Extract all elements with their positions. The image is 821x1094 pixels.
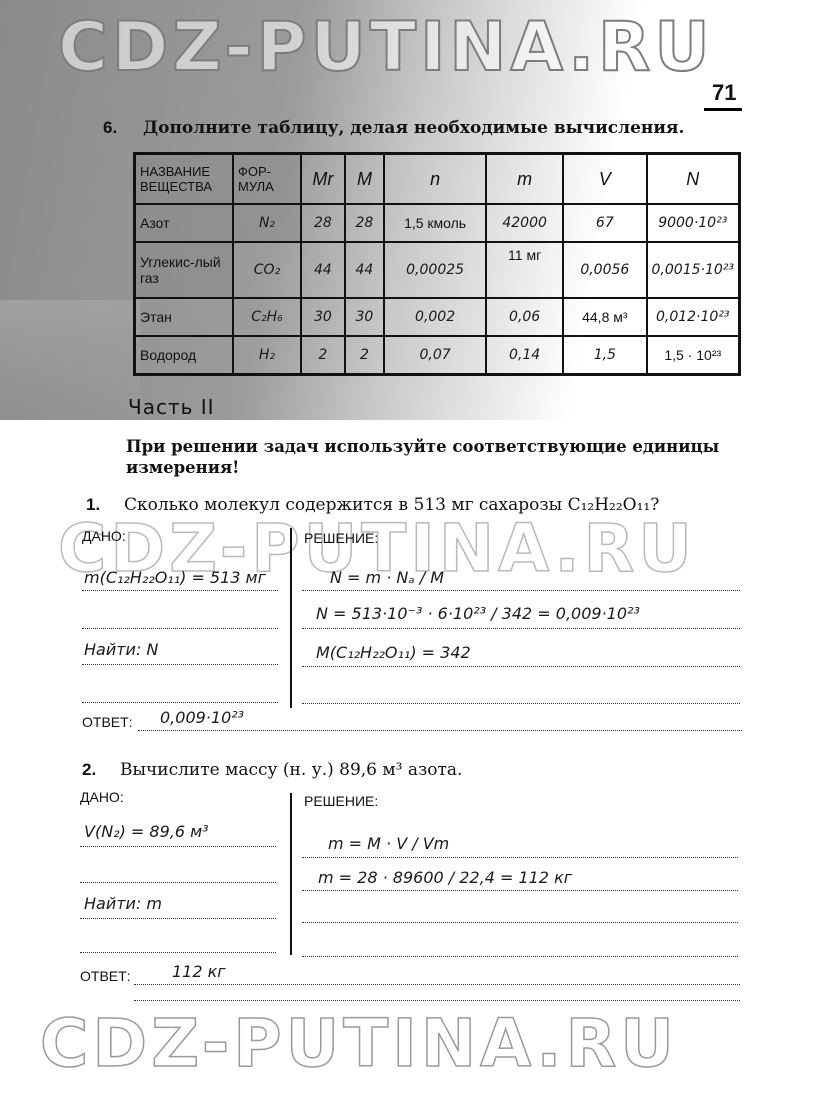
solution-rule bbox=[302, 922, 738, 923]
solution-line[interactable]: M(C₁₂H₂₂O₁₁) = 342 bbox=[316, 643, 471, 662]
solution-line[interactable]: m = 28 · 89600 / 22,4 = 112 кг bbox=[318, 868, 572, 887]
cell-count[interactable]: 9000·10²³ bbox=[647, 204, 740, 242]
find-line[interactable]: Найти: m bbox=[84, 894, 162, 913]
cell-formula[interactable]: C₂H₆ bbox=[233, 298, 301, 336]
cell-mass: 11 мг bbox=[486, 242, 563, 298]
cell-name: Углекис-лый газ bbox=[135, 242, 234, 298]
solution-rule bbox=[302, 890, 738, 891]
watermark-bottom: CDZ-PUTINA.RU bbox=[40, 1005, 678, 1082]
cell-count[interactable]: 0,012·10²³ bbox=[647, 298, 740, 336]
solution-line[interactable]: m = M · V / Vm bbox=[328, 834, 449, 853]
cell-count[interactable]: 0,0015·10²³ bbox=[647, 242, 740, 298]
cell-volume: 44,8 м³ bbox=[563, 298, 646, 336]
solution-rule bbox=[302, 956, 738, 957]
question-text: Вычислите массу (н. у.) 89,6 м³ азота. bbox=[120, 760, 462, 780]
cell-volume[interactable]: 67 bbox=[563, 204, 646, 242]
cell-mr[interactable]: 30 bbox=[301, 298, 345, 336]
header-n: n bbox=[384, 154, 486, 205]
answer-label: ОТВЕТ: bbox=[82, 714, 133, 730]
cell-name: Азот bbox=[135, 204, 234, 242]
cell-name: Этан bbox=[135, 298, 234, 336]
cell-n[interactable]: 0,002 bbox=[384, 298, 486, 336]
cell-n[interactable]: 0,00025 bbox=[384, 242, 486, 298]
solution-label: РЕШЕНИЕ: bbox=[304, 530, 378, 546]
scan-shading bbox=[0, 300, 140, 420]
solution-rule bbox=[302, 590, 740, 591]
cell-m-molar[interactable]: 30 bbox=[345, 298, 384, 336]
cell-mr[interactable]: 28 bbox=[301, 204, 345, 242]
task-title: Дополните таблицу, делая необходимые выч… bbox=[143, 118, 684, 138]
task-number: 6. bbox=[103, 118, 143, 138]
instructions-note: При решении задач используйте соответств… bbox=[126, 436, 746, 478]
cell-volume[interactable]: 1,5 bbox=[563, 336, 646, 375]
cell-mr[interactable]: 44 bbox=[301, 242, 345, 298]
task-2-question: 2.Вычислите массу (н. у.) 89,6 м³ азота. bbox=[82, 760, 462, 780]
question-text: Сколько молекул содержится в 513 мг саха… bbox=[124, 495, 659, 515]
task-number: 2. bbox=[82, 760, 120, 780]
cell-n: 1,5 кмоль bbox=[384, 204, 486, 242]
given-rule bbox=[82, 590, 278, 591]
cell-count: 1,5 · 10²³ bbox=[647, 336, 740, 375]
given-line[interactable]: V(N₂) = 89,6 м³ bbox=[84, 822, 209, 841]
header-name: НАЗВАНИЕ ВЕЩЕСТВА bbox=[135, 154, 234, 205]
solution-line[interactable]: N = 513·10⁻³ · 6·10²³ / 342 = 0,009·10²³ bbox=[316, 604, 640, 623]
answer-value[interactable]: 112 кг bbox=[172, 962, 226, 981]
task-6-heading: 6.Дополните таблицу, делая необходимые в… bbox=[103, 118, 684, 138]
given-label: ДАНО: bbox=[80, 789, 124, 805]
cell-m-molar[interactable]: 44 bbox=[345, 242, 384, 298]
given-rule bbox=[82, 702, 278, 703]
task-1-question: 1.Сколько молекул содержится в 513 мг са… bbox=[86, 495, 659, 515]
answer-rule bbox=[138, 730, 742, 731]
header-count: N bbox=[647, 154, 740, 205]
header-formula: ФОР-МУЛА bbox=[233, 154, 301, 205]
given-rule bbox=[80, 918, 276, 919]
cell-mass[interactable]: 0,14 bbox=[486, 336, 563, 375]
cell-m-molar[interactable]: 28 bbox=[345, 204, 384, 242]
solution-line[interactable]: N = m · Nₐ / M bbox=[330, 568, 444, 587]
table-row: Азот N₂ 28 28 1,5 кмоль 42000 67 9000·10… bbox=[135, 204, 740, 242]
page-number: 71 bbox=[704, 80, 742, 111]
solution-rule bbox=[302, 857, 738, 858]
cell-mass[interactable]: 42000 bbox=[486, 204, 563, 242]
header-m-molar: M bbox=[345, 154, 384, 205]
cell-mass[interactable]: 0,06 bbox=[486, 298, 563, 336]
cell-formula[interactable]: CO₂ bbox=[233, 242, 301, 298]
solution-rule bbox=[302, 666, 740, 667]
cell-formula[interactable]: N₂ bbox=[233, 204, 301, 242]
given-rule bbox=[82, 664, 278, 665]
answer-rule bbox=[134, 984, 740, 985]
part-title: Часть II bbox=[128, 395, 215, 419]
given-rule bbox=[80, 952, 276, 953]
answer-rule bbox=[134, 1000, 740, 1001]
table-row: Углекис-лый газ CO₂ 44 44 0,00025 11 мг … bbox=[135, 242, 740, 298]
divider bbox=[290, 528, 292, 708]
task-number: 1. bbox=[86, 495, 124, 515]
solution-rule bbox=[302, 703, 740, 704]
cell-n[interactable]: 0,07 bbox=[384, 336, 486, 375]
header-volume: V bbox=[563, 154, 646, 205]
solution-label: РЕШЕНИЕ: bbox=[304, 793, 378, 809]
cell-formula[interactable]: H₂ bbox=[233, 336, 301, 375]
answer-value[interactable]: 0,009·10²³ bbox=[160, 708, 244, 727]
substances-table: НАЗВАНИЕ ВЕЩЕСТВА ФОР-МУЛА Mr M n m V N … bbox=[133, 152, 741, 376]
find-line[interactable]: Найти: N bbox=[84, 640, 158, 659]
table-header-row: НАЗВАНИЕ ВЕЩЕСТВА ФОР-МУЛА Mr M n m V N bbox=[135, 154, 740, 205]
given-rule bbox=[82, 628, 278, 629]
given-line[interactable]: m(C₁₂H₂₂O₁₁) = 513 мг bbox=[84, 568, 266, 587]
table-row: Этан C₂H₆ 30 30 0,002 0,06 44,8 м³ 0,012… bbox=[135, 298, 740, 336]
header-mr: Mr bbox=[301, 154, 345, 205]
cell-name: Водород bbox=[135, 336, 234, 375]
table-row: Водород H₂ 2 2 0,07 0,14 1,5 1,5 · 10²³ bbox=[135, 336, 740, 375]
cell-mr[interactable]: 2 bbox=[301, 336, 345, 375]
answer-label: ОТВЕТ: bbox=[80, 968, 131, 984]
solution-rule bbox=[302, 628, 740, 629]
cell-volume[interactable]: 0,0056 bbox=[563, 242, 646, 298]
given-label: ДАНО: bbox=[82, 528, 126, 544]
watermark-top: CDZ-PUTINA.RU bbox=[58, 8, 714, 87]
divider bbox=[290, 793, 292, 955]
cell-m-molar[interactable]: 2 bbox=[345, 336, 384, 375]
given-rule bbox=[80, 882, 276, 883]
header-mass: m bbox=[486, 154, 563, 205]
given-rule bbox=[80, 846, 276, 847]
